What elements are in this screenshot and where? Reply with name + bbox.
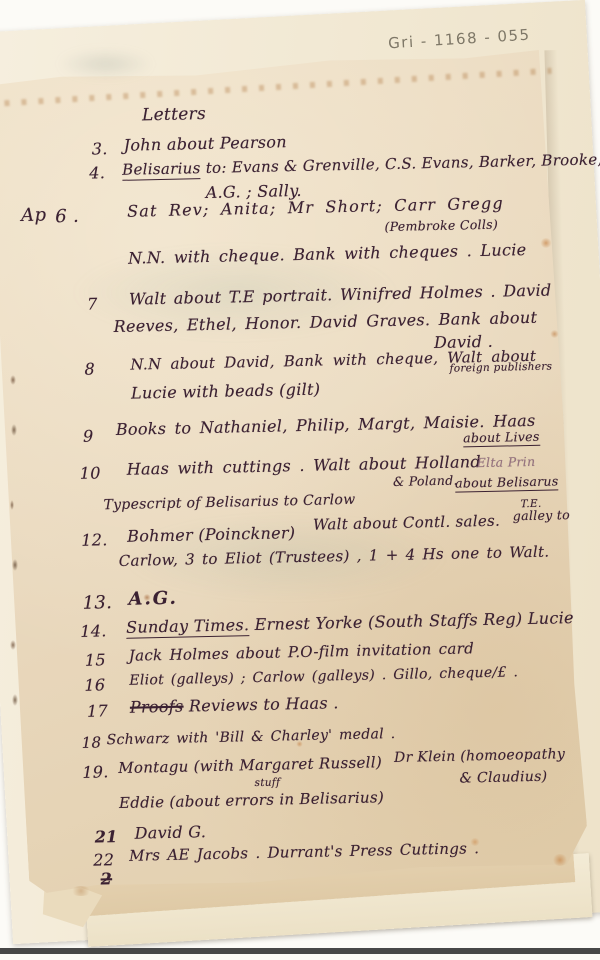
entry-number: 18 <box>82 734 102 752</box>
month-label: Ap <box>21 205 47 226</box>
entry-text: Sunday Times. Ernest Yorke (South Staffs… <box>126 609 574 637</box>
entry-number: 19. <box>82 763 109 782</box>
entry-number: 12. <box>81 531 108 550</box>
document-scan: { "colors": { "ink": "#3b2132", "pencil"… <box>0 0 600 960</box>
entry-number: 4. <box>89 164 105 183</box>
entry-text: Montagu (with Margaret Russell) <box>118 754 382 777</box>
entry-text: Jack Holmes about P.O-film invitation ca… <box>129 640 475 665</box>
page-header: Letters <box>142 105 206 126</box>
entry-note: & Claudius) <box>459 769 547 787</box>
entry-number: 8 <box>84 360 95 379</box>
entry-text2: Walt about Contl. sales. <box>313 513 501 534</box>
entry-note-underlined: about Lives <box>463 430 540 448</box>
entry-text: Bohmer (Poinckner) <box>127 524 296 546</box>
entry-number: 14. <box>80 622 107 641</box>
strikethrough-word: Proofs <box>130 697 184 717</box>
manuscript-text: Letters 3. John about Pearson 4. Belisar… <box>0 0 600 960</box>
underlined-word: Sunday Times. <box>126 615 250 639</box>
entry-text: David G. <box>134 823 206 843</box>
entry-note: (Pembroke Colls) <box>384 218 498 235</box>
entry-text: Mrs AE Jacobs . Durrant's Press Cuttings… <box>129 840 479 865</box>
entry-number: 9 <box>83 427 94 446</box>
pencil-note: Elta Prin <box>477 455 536 471</box>
entry-line: N.N. with cheque. Bank with cheques . Lu… <box>128 241 527 268</box>
entry-text: A.G. <box>128 589 178 611</box>
entry-number: 16 <box>84 676 105 695</box>
entry-text: Belisarius to: Evans & Grenville, C.S. E… <box>122 151 600 179</box>
strikethrough-number: 2 <box>100 870 112 889</box>
entry-note: Dr Klein (homoeopathy <box>394 746 565 766</box>
entry-note: galley to <box>513 508 570 524</box>
inserted-word: stuff <box>254 777 280 790</box>
entry-number: 13. <box>82 593 112 614</box>
entry-number: 17 <box>87 702 108 721</box>
entry-line: Carlow, 3 to Eliot (Trustees) , 1 + 4 Hs… <box>119 544 550 571</box>
entry-text2: & Poland. <box>393 474 458 490</box>
entry-line: Eddie (about errors in Belisarius) <box>119 789 384 812</box>
entry-note-underlined: about Belisarus <box>455 474 559 493</box>
entry-line: Typescript of Belisarius to Carlow <box>103 492 355 514</box>
entry-text: Proofs Reviews to Haas . <box>130 694 339 717</box>
entry-number: 21 <box>95 828 118 847</box>
entry-text: Eliot (galleys) ; Carlow (galleys) . Gil… <box>129 664 518 689</box>
underlined-word: Belisarius <box>122 159 201 181</box>
entry-number: 22 <box>93 851 114 870</box>
entry-text-rest: Reviews to Haas . <box>183 693 339 715</box>
scanner-edge <box>0 948 600 954</box>
entry-text: Walt about T.E portrait. Winifred Holmes… <box>129 281 552 309</box>
entry-number: 15 <box>85 651 106 670</box>
entry-text: Schwarz with 'Bill & Charley' medal . <box>106 726 395 748</box>
entry-text-rest: to: Evans & Grenville, C.S. Evans, Barke… <box>200 150 600 177</box>
entry-note: foreign publishers <box>449 360 552 374</box>
entry-number: 6 . <box>55 207 79 228</box>
entry-text: John about Pearson <box>123 133 287 155</box>
entry-text-rest: Ernest Yorke (South Staffs Reg) Lucie <box>249 608 574 634</box>
entry-line: Lucie with beads (gilt) <box>131 381 321 404</box>
entry-number: 10 <box>80 464 101 483</box>
entry-number: 7 <box>87 295 98 314</box>
entry-number: 3. <box>92 140 108 159</box>
